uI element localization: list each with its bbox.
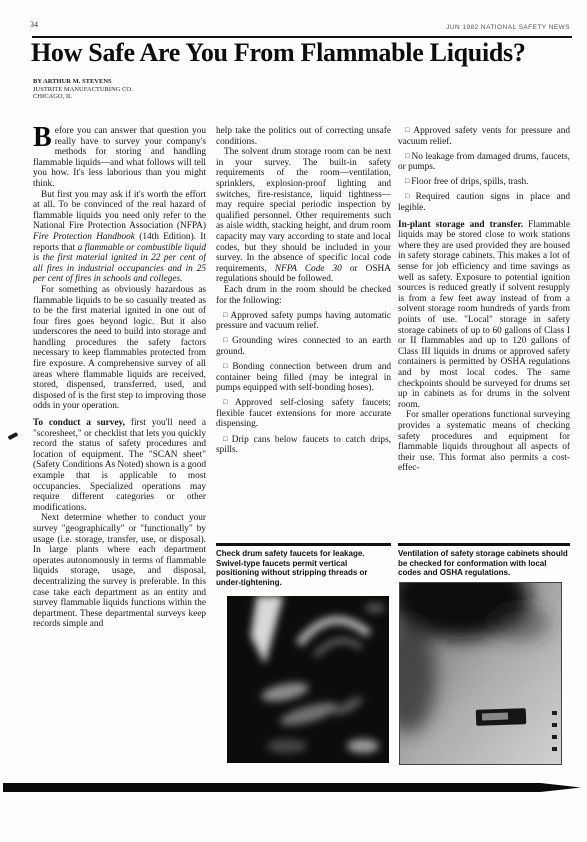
article-title: How Safe Are You From Flammable Liquids?: [31, 38, 526, 68]
bold-lead-in: To conduct a survey,: [33, 418, 125, 428]
caption-rule: [216, 543, 391, 546]
checklist-item: □Approved safety pumps having automatic …: [216, 311, 391, 332]
checkbox-icon: □: [223, 336, 230, 344]
paragraph: The solvent drum storage room can be nex…: [216, 147, 391, 285]
paragraph: For something as obviously hazardous as …: [33, 285, 206, 412]
paragraph-text: first you'll need a "scoresheet," or che…: [33, 418, 206, 513]
checkbox-icon: □: [223, 398, 233, 406]
journal-name: JUN 1982 NATIONAL SAFETY NEWS: [446, 24, 570, 31]
paragraph-text: But first you may ask if it's worth the …: [33, 190, 206, 232]
byline-city: CHICAGO, IL: [33, 93, 133, 101]
italic-text: NFPA Code 30: [275, 264, 342, 274]
paragraph: To conduct a survey, first you'll need a…: [33, 418, 206, 513]
checklist-item: □Grounding wires connected to an earth g…: [216, 336, 391, 357]
paragraph-text: Flammable liquids may be stored close to…: [398, 220, 570, 410]
checkbox-icon: □: [223, 311, 229, 319]
paragraph: Each drum in the room should be checked …: [216, 285, 391, 306]
checklist-text: Grounding wires connected to an earth gr…: [216, 336, 391, 357]
checkbox-icon: □: [223, 435, 230, 443]
column-2: help take the politics out of correcting…: [216, 126, 391, 538]
checkbox-icon: □: [405, 177, 409, 185]
paragraph-text: efore you can answer that question you r…: [33, 126, 206, 189]
checkbox-icon: □: [223, 362, 230, 370]
checklist-item: □Drip cans below faucets to catch drips,…: [216, 435, 391, 456]
checklist-text: No leakage from damaged drums, faucets, …: [398, 152, 570, 173]
cabinet-photo-caption: Ventilation of safety storage cabinets s…: [398, 549, 570, 578]
italic-text: Fire Protection Handbook: [33, 232, 135, 242]
column-1: Before you can answer that question you …: [33, 126, 206, 774]
page-number: 34: [30, 20, 38, 29]
byline-company: JUSTRITE MANUFACTURING CO.: [33, 86, 133, 94]
paragraph: But first you may ask if it's worth the …: [33, 190, 206, 285]
margin-pen-mark: [8, 432, 19, 440]
checkbox-icon: □: [405, 152, 410, 160]
faucet-photo-caption: Check drum safety faucets for leakage. S…: [216, 549, 391, 587]
checklist-item: □Approved safety vents for pressure and …: [398, 126, 570, 147]
checklist-text: Drip cans below faucets to catch drips, …: [216, 435, 391, 456]
checkbox-icon: □: [405, 126, 411, 134]
checkbox-icon: □: [405, 192, 414, 200]
checklist-item: □No leakage from damaged drums, faucets,…: [398, 152, 570, 173]
drum-faucet-photo: [227, 596, 389, 763]
storage-cabinet-photo: [399, 582, 562, 765]
drop-cap: B: [33, 126, 55, 149]
column-3: □Approved safety vents for pressure and …: [398, 126, 570, 538]
byline-author: BY ARTHUR M. STEVENS: [33, 78, 133, 86]
footer-bar: [3, 783, 581, 792]
checklist-text: Approved safety pumps having automatic p…: [216, 311, 391, 332]
checklist-item: □Approved self-closing safety faucets; f…: [216, 398, 391, 430]
checklist-text: Floor free of drips, spills, trash.: [411, 177, 528, 187]
checklist-text: Bonding connection between drum and cont…: [216, 362, 391, 393]
paragraph: Before you can answer that question you …: [33, 126, 206, 190]
checklist-text: Approved safety vents for pressure and v…: [398, 126, 570, 147]
paragraph: help take the politics out of correcting…: [216, 126, 391, 147]
magazine-page: 34 JUN 1982 NATIONAL SAFETY NEWS How Saf…: [0, 0, 587, 842]
bold-lead-in: In-plant storage and transfer.: [398, 220, 523, 230]
checklist-text: Approved self-closing safety faucets; fl…: [216, 398, 391, 429]
byline: BY ARTHUR M. STEVENS JUSTRITE MANUFACTUR…: [33, 78, 133, 101]
paragraph: Next determine whether to conduct your s…: [33, 513, 206, 630]
checklist-item: □Floor free of drips, spills, trash.: [398, 177, 570, 188]
paragraph: In-plant storage and transfer. Flammable…: [398, 220, 570, 411]
checklist-item: □Required caution signs in place and leg…: [398, 192, 570, 213]
checklist-text: Required caution signs in place and legi…: [398, 192, 570, 213]
caption-rule: [398, 543, 570, 546]
paragraph-text: The solvent drum storage room can be nex…: [216, 147, 391, 274]
checklist-item: □Bonding connection between drum and con…: [216, 362, 391, 394]
paragraph: For smaller operations functional survey…: [398, 410, 570, 474]
